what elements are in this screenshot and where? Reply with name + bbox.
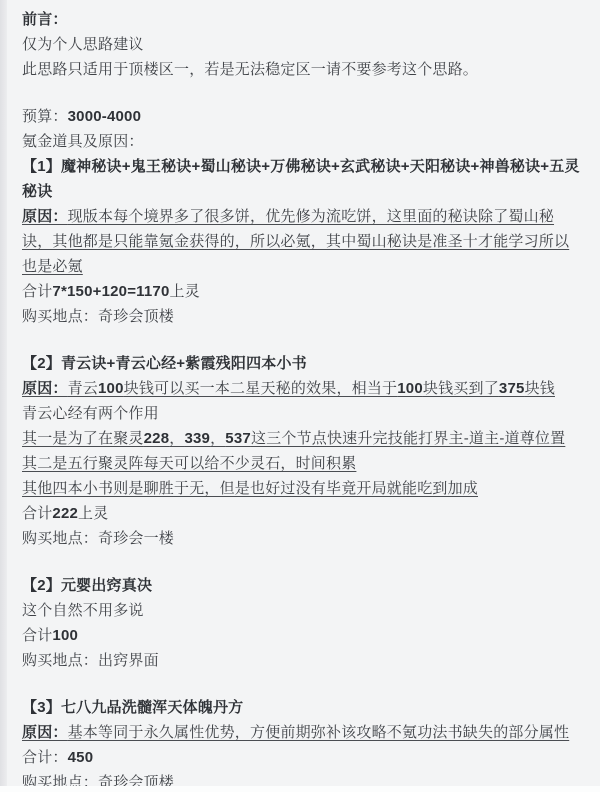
text-run: 购买地点：奇珍会顶楼 (22, 308, 174, 325)
text-run: 上灵 (78, 505, 108, 522)
text-run: 上灵 (170, 283, 200, 300)
paragraph: 这个自然不用多说 (22, 598, 582, 623)
text-run: 合计 (22, 505, 52, 522)
text-run: 100 (52, 627, 78, 644)
text-run: 537 (225, 430, 251, 447)
text-run: 购买地点：出窍界面 (22, 652, 159, 669)
text-run: 100 (397, 380, 423, 397)
text-run: 原因： (22, 208, 68, 225)
paragraph: 其一是为了在聚灵228，339，537这三个节点快速升完技能打界主-道主-道尊位… (22, 426, 582, 451)
paragraph-spacer (22, 329, 582, 351)
document-body: 前言：仅为个人思路建议此思路只适用于顶楼区一，若是无法稳定区一请不要参考这个思路… (0, 0, 600, 792)
paragraph: 合计100 (22, 623, 582, 648)
text-run: 222 (52, 505, 78, 522)
text-run: 228 (144, 430, 170, 447)
text-run: 【1】魔神秘诀+鬼王秘诀+蜀山秘诀+万佛秘诀+玄武秘诀+天阳秘诀+神兽秘诀+五灵… (22, 158, 580, 200)
text-run: ， (169, 430, 184, 447)
text-run: 【2】元婴出窍真决 (22, 577, 152, 594)
paragraph: 其他四本小书则是聊胜于无，但是也好过没有毕竟开局就能吃到加成 (22, 476, 582, 501)
text-run: 前言： (22, 11, 68, 28)
text-run: 其他四本小书则是聊胜于无，但是也好过没有毕竟开局就能吃到加成 (22, 480, 478, 497)
text-run: 原因： (22, 724, 68, 741)
text-run: 预算： (22, 108, 68, 125)
paragraph-spacer (22, 673, 582, 695)
text-run: 基本等同于永久属性优势，方便前期弥补该攻略不氪功法书缺失的部分属性 (68, 724, 570, 741)
paragraph: 原因：基本等同于永久属性优势，方便前期弥补该攻略不氪功法书缺失的部分属性 (22, 720, 582, 745)
paragraph: 【3】七八九品洗髓浑天体魄丹方 (22, 695, 582, 720)
text-run: 这个自然不用多说 (22, 602, 144, 619)
text-run: 【2】青云诀+青云心经+紫霞残阳四本小书 (22, 355, 307, 372)
text-run: 原因： (22, 380, 68, 397)
paragraph: 氪金道具及原因： (22, 129, 582, 154)
page-bottom-edge (0, 786, 600, 792)
paragraph: 其二是五行聚灵阵每天可以给不少灵石，时间积累 (22, 451, 582, 476)
text-run: 450 (68, 749, 94, 766)
text-run: 375 (499, 380, 525, 397)
text-run: 氪金道具及原因： (22, 133, 144, 150)
paragraph: 原因：青云100块钱可以买一本二星天秘的效果，相当于100块钱买到了375块钱 (22, 376, 582, 401)
paragraph: 前言： (22, 7, 582, 32)
paragraph: 【2】元婴出窍真决 (22, 573, 582, 598)
paragraph: 购买地点：奇珍会一楼 (22, 526, 582, 551)
paragraph: 原因：现版本每个境界多了很多饼，优先修为流吃饼，这里面的秘诀除了蜀山秘诀，其他都… (22, 204, 582, 279)
paragraph: 合计222上灵 (22, 501, 582, 526)
paragraph: 预算：3000-4000 (22, 104, 582, 129)
text-run: 7*150+120=1170 (52, 283, 169, 300)
text-run: 合计 (22, 283, 52, 300)
paragraph: 青云心经有两个作用 (22, 401, 582, 426)
text-run: 合计 (22, 627, 52, 644)
paragraph-spacer (22, 551, 582, 573)
text-run: 块钱买到了 (423, 380, 499, 397)
text-run: 青云心经有两个作用 (22, 405, 159, 422)
paragraph: 【1】魔神秘诀+鬼王秘诀+蜀山秘诀+万佛秘诀+玄武秘诀+天阳秘诀+神兽秘诀+五灵… (22, 154, 582, 204)
document-page: 前言：仅为个人思路建议此思路只适用于顶楼区一，若是无法稳定区一请不要参考这个思路… (0, 0, 600, 792)
text-run: 其一是为了在聚灵 (22, 430, 144, 447)
text-run: 块钱 (525, 380, 555, 397)
paragraph: 此思路只适用于顶楼区一，若是无法稳定区一请不要参考这个思路。 (22, 57, 582, 82)
paragraph-spacer (22, 82, 582, 104)
text-run: 现版本每个境界多了很多饼，优先修为流吃饼，这里面的秘诀除了蜀山秘诀，其他都是只能… (22, 208, 569, 275)
text-run: 仅为个人思路建议 (22, 36, 144, 53)
paragraph: 合计：450 (22, 745, 582, 770)
paragraph: 仅为个人思路建议 (22, 32, 582, 57)
text-run: 339 (184, 430, 210, 447)
paragraph: 购买地点：奇珍会顶楼 (22, 304, 582, 329)
text-run: 其二是五行聚灵阵每天可以给不少灵石，时间积累 (22, 455, 356, 472)
paragraph: 购买地点：出窍界面 (22, 648, 582, 673)
paragraph: 【2】青云诀+青云心经+紫霞残阳四本小书 (22, 351, 582, 376)
text-run: 【3】七八九品洗髓浑天体魄丹方 (22, 699, 243, 716)
text-run: 块钱可以买一本二星天秘的效果，相当于 (124, 380, 398, 397)
text-run: 合计： (22, 749, 68, 766)
text-run: 这三个节点快速升完技能打界主-道主-道尊位置 (251, 430, 565, 447)
paragraph: 合计7*150+120=1170上灵 (22, 279, 582, 304)
text-run: 此思路只适用于顶楼区一，若是无法稳定区一请不要参考这个思路。 (22, 61, 478, 78)
text-run: 3000-4000 (68, 108, 142, 125)
text-run: ， (210, 430, 225, 447)
text-run: 购买地点：奇珍会一楼 (22, 530, 174, 547)
text-run: 100 (98, 380, 124, 397)
text-run: 青云 (68, 380, 98, 397)
